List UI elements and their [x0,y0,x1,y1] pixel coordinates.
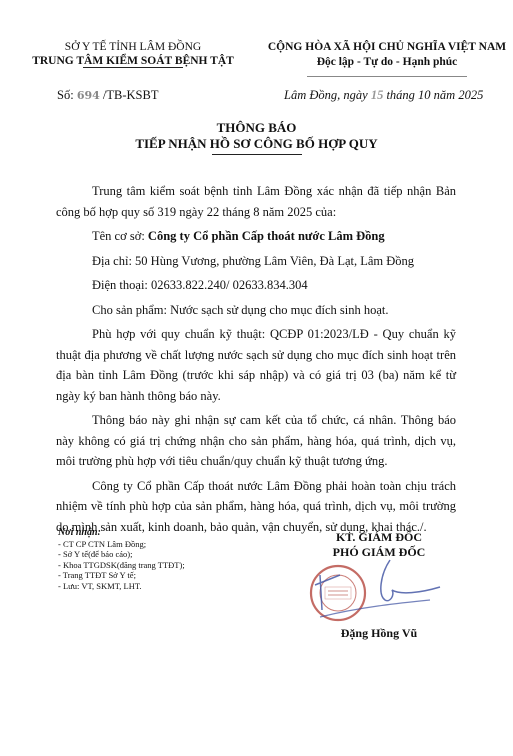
phone-line: Điện thoại: 02633.822.240/ 02633.834.304 [56,275,456,296]
agency-header: SỞ Y TẾ TỈNH LÂM ĐỒNG TRUNG TÂM KIỂM SOÁ… [8,40,258,68]
agency-name: TRUNG TÂM KIỂM SOÁT BỆNH TẬT [8,54,258,69]
document-date: Lâm Đồng, ngày 15 tháng 10 năm 2025 [284,88,483,103]
recipient-item: - Trang TTĐT Sở Y tế; [58,570,185,581]
title-underline [212,154,302,155]
note-paragraph: Thông báo này ghi nhận sự cam kết của tổ… [56,410,456,472]
facility-line: Tên cơ sở: Công ty Cổ phần Cấp thoát nướ… [56,226,456,247]
date-prefix: Lâm Đồng, ngày [284,88,368,102]
facility-label: Tên cơ sở: [92,229,145,243]
address-line: Địa chỉ: 50 Hùng Vương, phường Lâm Viên,… [56,251,456,272]
document-body: Trung tâm kiểm soát bệnh tỉnh Lâm Đồng x… [56,181,456,541]
recipients-title: Nơi nhận: [58,528,185,539]
signature-line-1: KT. GIÁM ĐỐC [290,530,468,545]
intro-paragraph: Trung tâm kiểm soát bệnh tỉnh Lâm Đồng x… [56,181,456,222]
national-motto: Độc lập - Tự do - Hạnh phúc [262,55,512,70]
document-number: Số: 694 /TB-KSBT [57,88,158,103]
date-day: 15 [371,88,384,102]
date-rest: tháng 10 năm 2025 [386,88,483,102]
recipient-item: - Khoa TTGDSK(đăng trang TTĐT); [58,560,185,571]
title-line-1: THÔNG BÁO [0,120,513,136]
recipients-block: Nơi nhận: - CT CP CTN Lâm Đồng; - Sở Y t… [58,528,185,591]
number-prefix: Số: [57,88,74,102]
document-title: THÔNG BÁO TIẾP NHẬN HỒ SƠ CÔNG BỐ HỢP QU… [0,120,513,155]
conformity-paragraph: Phù hợp với quy chuẩn kỹ thuật: QCĐP 01:… [56,324,456,406]
facility-name: Công ty Cổ phần Cấp thoát nước Lâm Đồng [148,229,385,243]
signature-scribble-icon [300,555,460,625]
title-line-2: TIẾP NHẬN HỒ SƠ CÔNG BỐ HỢP QUY [0,136,513,152]
product-line: Cho sản phẩm: Nước sạch sử dụng cho mục … [56,300,456,321]
recipient-item: - CT CP CTN Lâm Đồng; [58,539,185,550]
recipient-item: - Sở Y tế(để báo cáo); [58,549,185,560]
national-title: CỘNG HÒA XÃ HỘI CHỦ NGHĨA VIỆT NAM [262,40,512,55]
motto-underline [307,76,467,77]
parent-agency: SỞ Y TẾ TỈNH LÂM ĐỒNG [8,40,258,54]
signer-name: Đặng Hồng Vũ [290,626,468,641]
recipient-item: - Lưu: VT, SKMT, LHT. [58,581,185,592]
national-header: CỘNG HÒA XÃ HỘI CHỦ NGHĨA VIỆT NAM Độc l… [262,40,512,77]
number-suffix: /TB-KSBT [103,88,159,102]
number-value: 694 [77,89,100,102]
